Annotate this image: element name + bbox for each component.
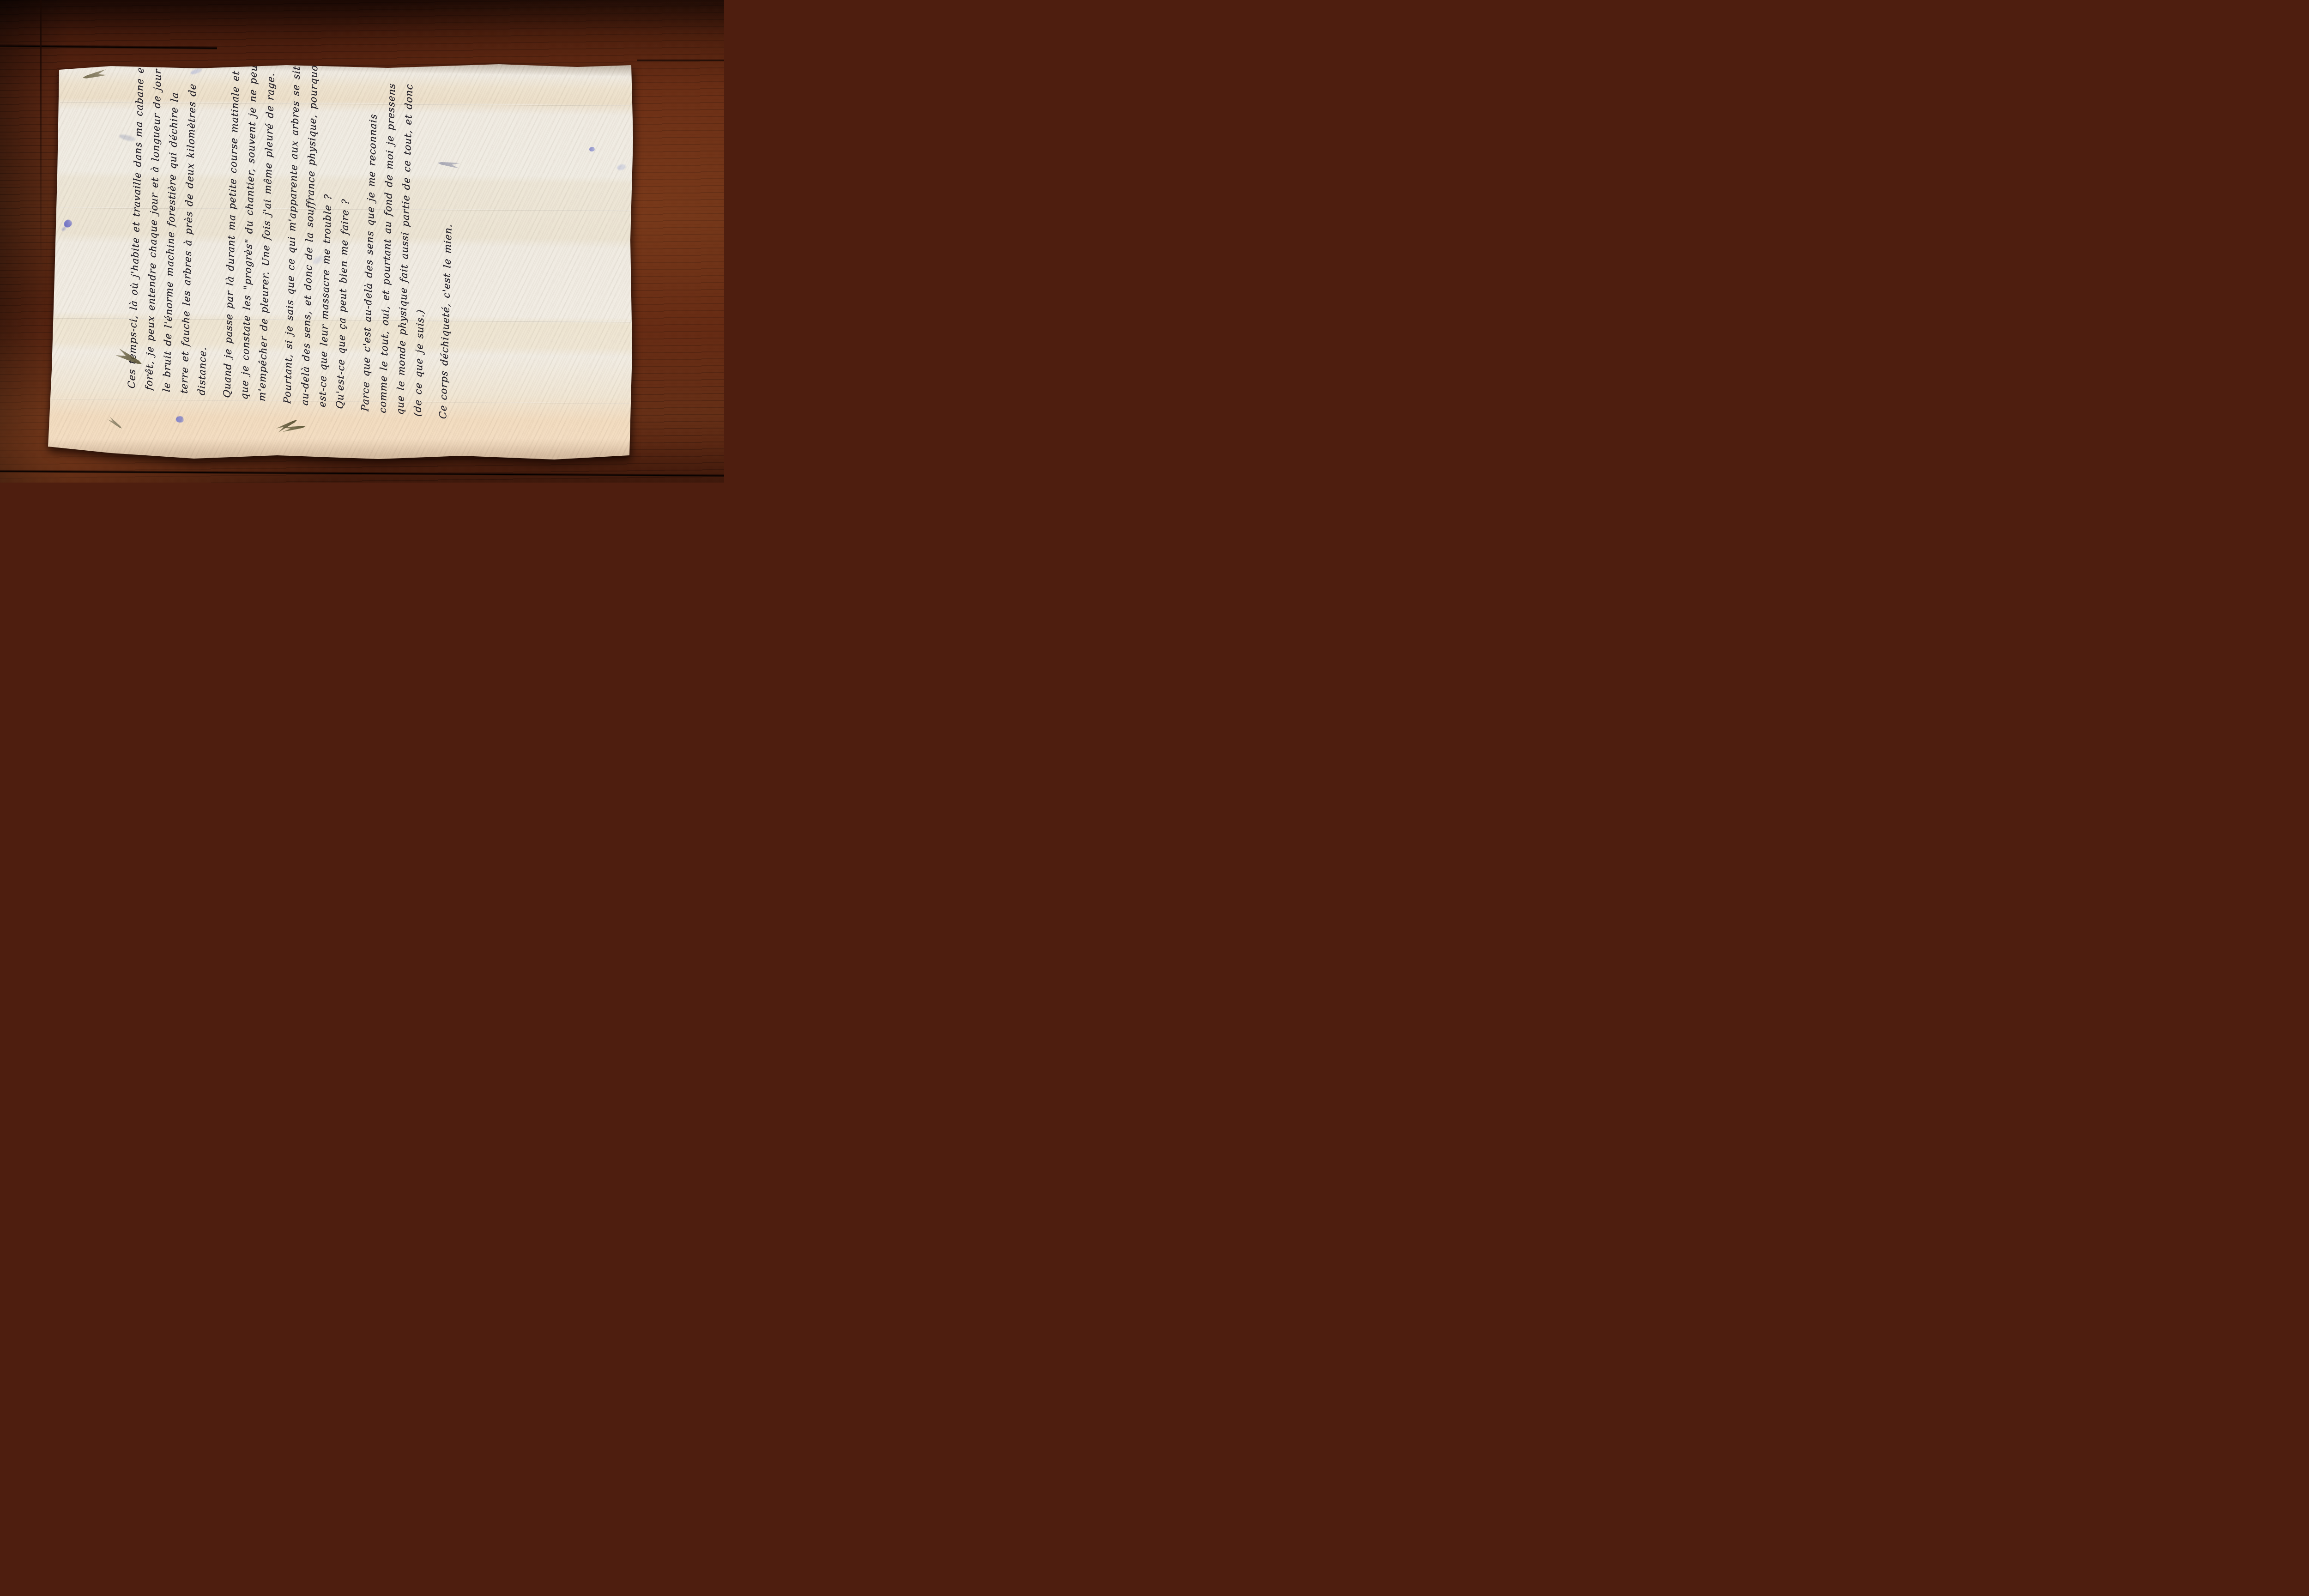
flower-petal-silver [437,160,460,169]
grass-fragment [276,418,298,433]
flower-petal [62,218,73,229]
grass-fragment [115,348,143,368]
letter-line: Qu'est-ce que ça peut bien me faire ? [331,198,355,410]
flower-petal-smudge [312,254,326,266]
letter-line: Ces temps-ci, là où j'habite et travaill… [123,60,150,389]
letter-line: au-delà des sens, et donc de la souffran… [296,60,323,406]
paper-fold-crease [54,318,631,323]
letter-text-rotated: Ces temps-ci, là où j'habite et travaill… [122,65,469,409]
letter-paragraph: Quand je passe par là durant ma petite c… [218,63,280,402]
letter-line: Ce corps déchiqueté, c'est le mien. [434,223,457,420]
grass-fragment [282,424,306,432]
grass-fragment [82,69,108,81]
letter-paragraph: Pourtant, si je sais que ce qui m'appare… [278,68,358,410]
paper-fold-crease [51,399,630,404]
flower-petal-smudge [190,67,203,75]
letter-paragraph: Parce que c'est au-delà des sens que je … [357,76,436,417]
flower-petal-smudge [61,226,67,231]
letter-paragraph: Ces temps-ci, là où j'habite et travaill… [123,53,220,396]
flower-petal [175,415,185,423]
letter-line: comme le tout, oui, et pourtant au fond … [374,82,400,414]
paper-fold-crease [55,207,631,212]
paper-fold-crease [60,102,632,106]
letter-line: que le monde physique fait aussi partie … [391,83,418,415]
flower-petal-smudge [617,163,627,171]
letter-line: (de ce que je suis.) [409,308,429,417]
paper-sheet: Ces temps-ci, là où j'habite et travaill… [0,0,724,483]
letter-line: le bruit de l'énorme machine forestière … [158,91,184,393]
letter-line: m'empêcher de pleurer. Une fois j'ai mêm… [253,72,280,402]
letter-line: terre et fauche les arbres à près de deu… [175,83,201,394]
letter-line: forêt, je peux entendre chaque jour et à… [140,68,167,391]
letter-line: que je constate les "progrès" du chantie… [236,58,263,400]
paper-shadow: Ces temps-ci, là où j'habite et travaill… [0,0,724,483]
letter-line: est-ce que leur massacre me trouble ? [314,193,337,408]
grass-fragment [107,416,123,430]
flower-petal-smudge [119,133,136,142]
letter-paragraph: Ce corps déchiqueté, c'est le mien. [434,84,461,420]
letter-text: Ces temps-ci, là où j'habite et travaill… [123,53,469,420]
letter-line: Pourtant, si je sais que ce qui m'appare… [278,52,306,405]
letter-line: Quand je passe par là durant ma petite c… [218,70,245,399]
flower-petal [589,147,595,151]
letter-line: distance. [193,346,212,396]
letter-line: Parce que c'est au-delà des sens que je … [357,113,382,412]
